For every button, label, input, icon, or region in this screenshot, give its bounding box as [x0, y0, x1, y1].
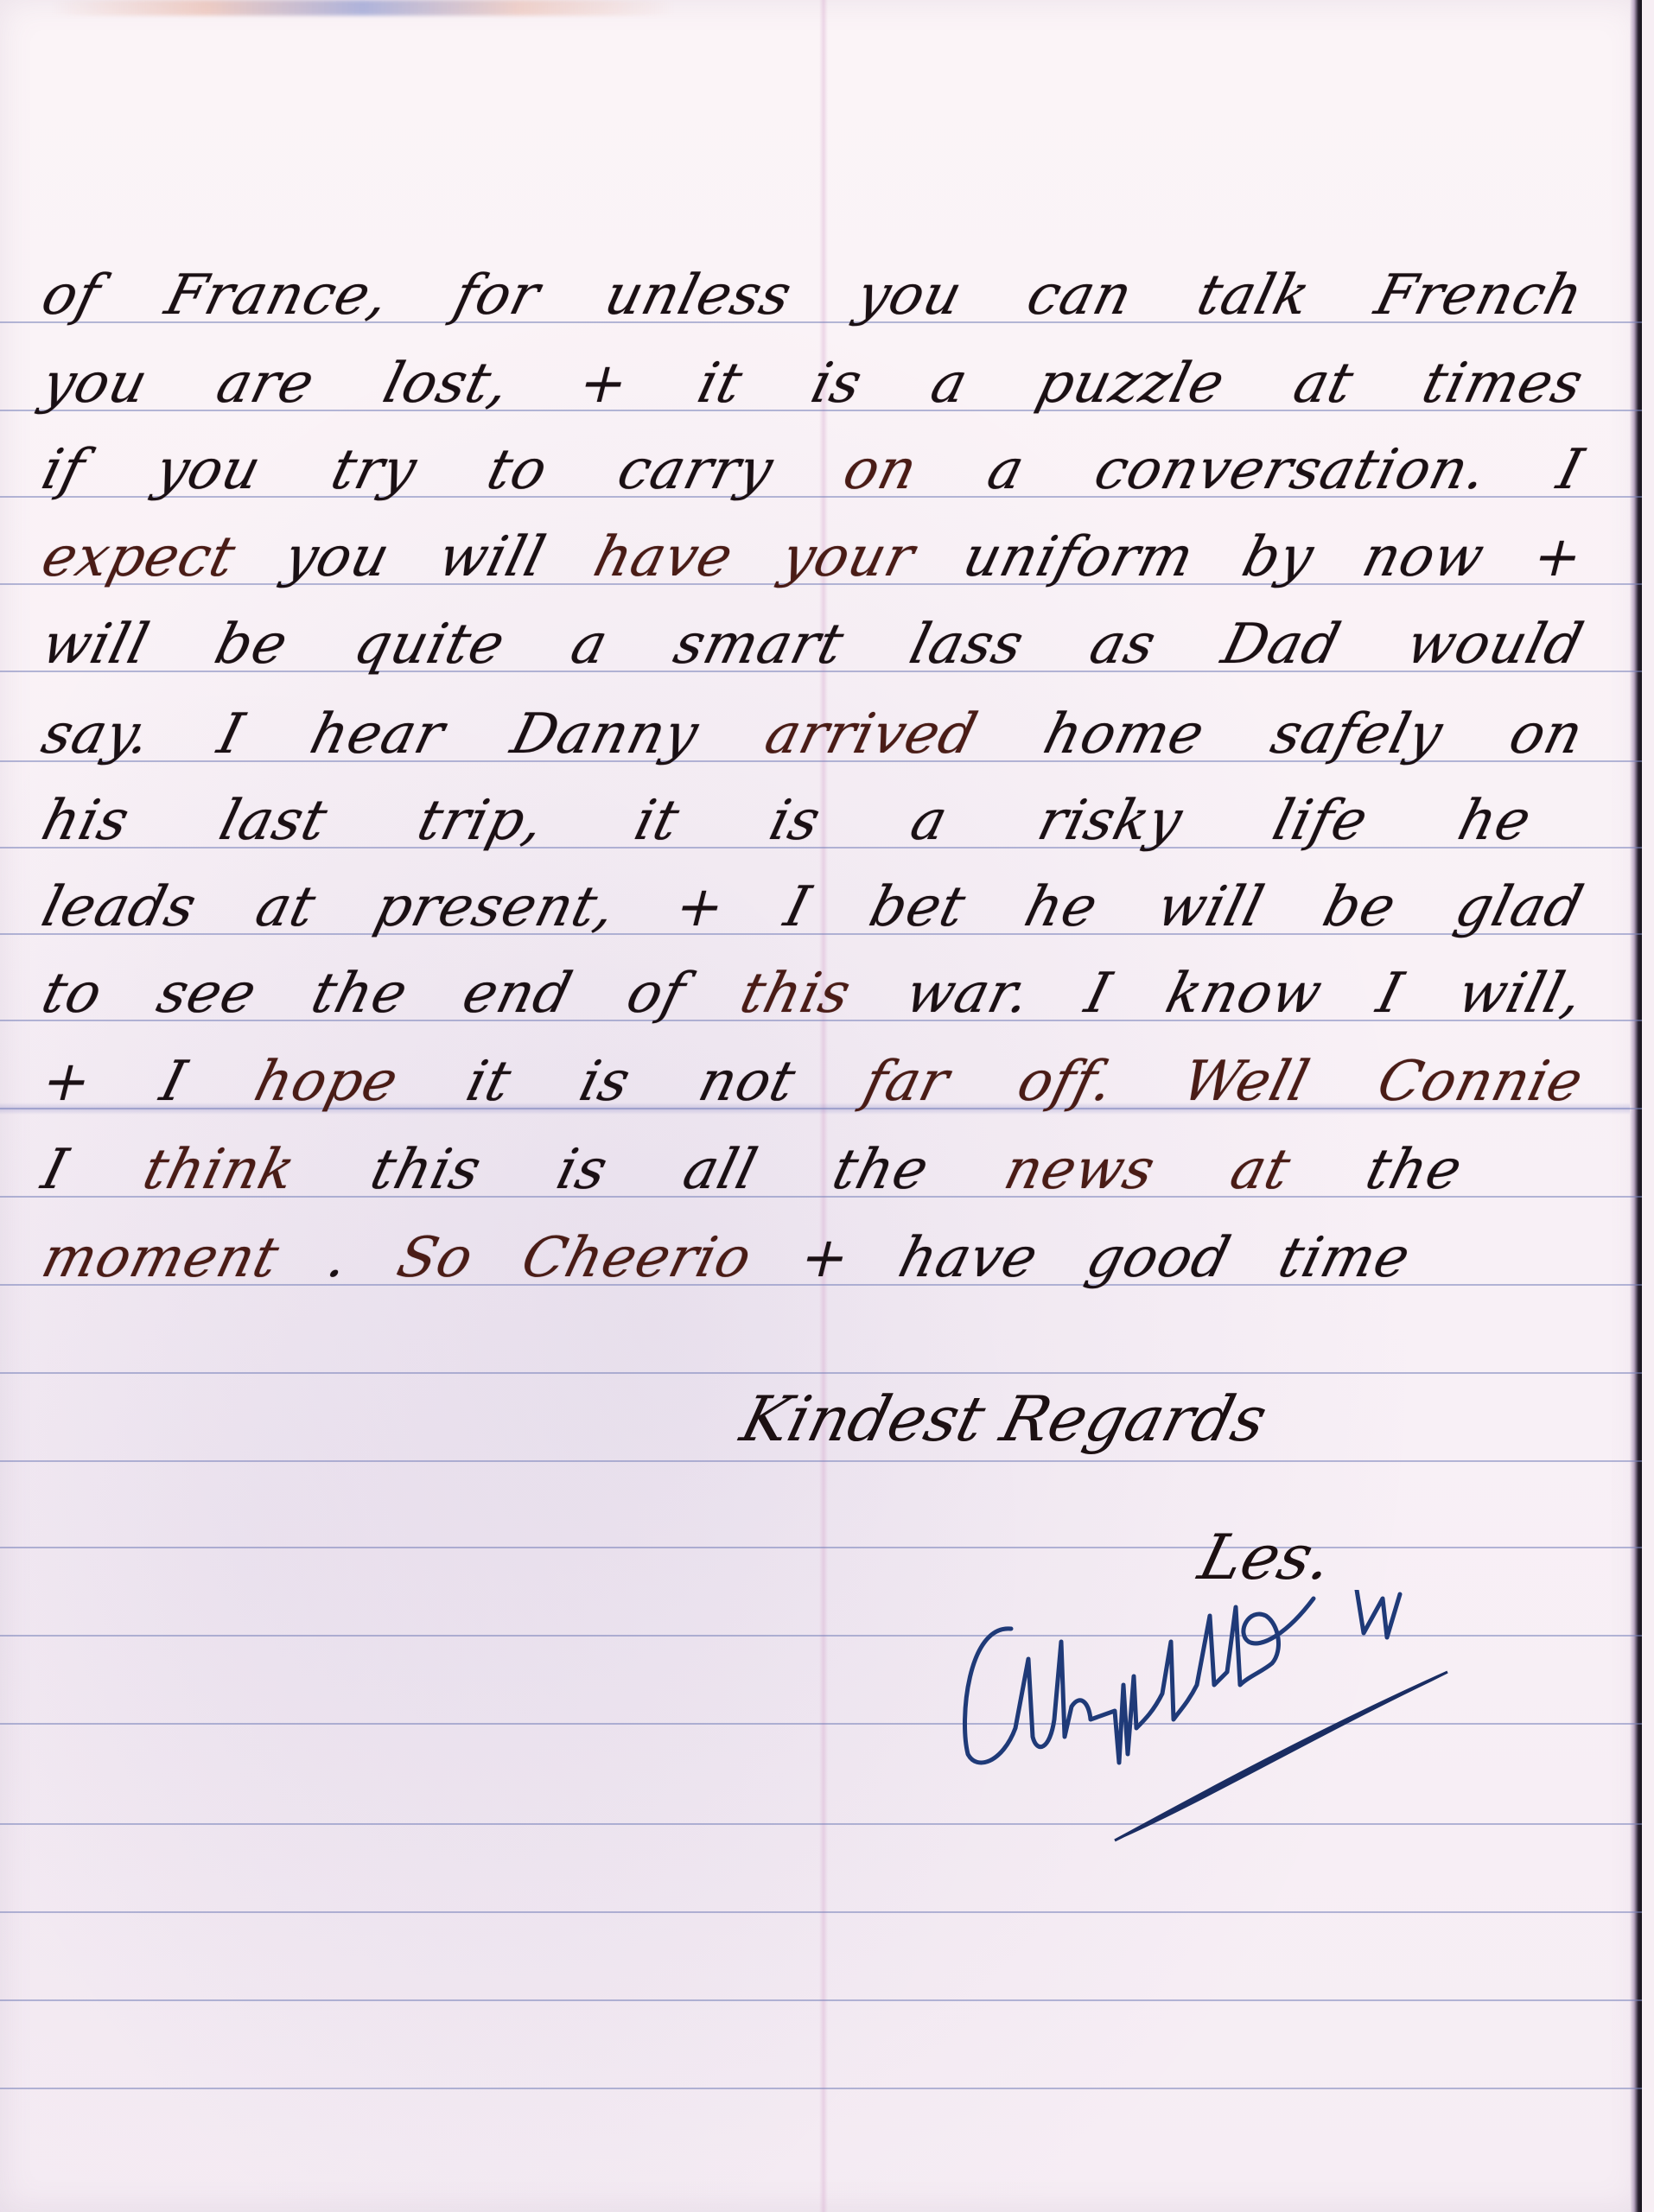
- word: trip,: [412, 793, 550, 849]
- word: it: [692, 356, 747, 411]
- word: to: [37, 966, 108, 1021]
- word: end: [457, 966, 577, 1021]
- word: news: [999, 1142, 1161, 1198]
- word: by: [1237, 530, 1320, 585]
- word: talk: [1193, 268, 1316, 323]
- word: puzzle: [1032, 356, 1231, 411]
- word: this: [366, 1142, 487, 1198]
- word: will: [37, 617, 155, 672]
- word: try: [326, 442, 422, 498]
- letter-line-11: I think this is all the news at the: [37, 1111, 1476, 1198]
- word: see: [152, 966, 263, 1021]
- word: .: [322, 1230, 354, 1286]
- word: is: [765, 793, 826, 849]
- word: your: [776, 530, 919, 585]
- word: to: [482, 442, 553, 498]
- word: lost,: [378, 356, 515, 411]
- word: be: [1318, 880, 1402, 935]
- word: on: [838, 442, 923, 498]
- word: you: [37, 356, 154, 411]
- word: if: [37, 442, 91, 498]
- word: have: [894, 1230, 1043, 1286]
- word: lass: [905, 617, 1029, 672]
- word: know: [1161, 966, 1327, 1021]
- word: a: [983, 442, 1030, 498]
- word: moment: [37, 1230, 285, 1286]
- word: I: [156, 1054, 192, 1109]
- word: arrived: [760, 707, 983, 762]
- valediction: Kindest Regards: [735, 1382, 1275, 1455]
- word: can: [1022, 268, 1138, 323]
- word: will: [433, 530, 550, 585]
- word: time: [1274, 1230, 1416, 1286]
- word: risky: [1033, 793, 1188, 849]
- word: carry: [613, 442, 779, 498]
- word: now: [1358, 530, 1490, 585]
- word: French: [1370, 268, 1588, 323]
- word: the: [306, 966, 413, 1021]
- letter-line-5: will be quite a smart lass as Dad would: [37, 586, 1597, 672]
- word: of: [37, 268, 106, 323]
- word: the: [1361, 1142, 1468, 1198]
- letter-line-3: if you try to carry on a conversation. I: [37, 411, 1597, 498]
- letter-line-7: his last trip, it is a risky life he: [37, 762, 1545, 849]
- word: Danny: [506, 707, 704, 762]
- word: would: [1401, 617, 1588, 672]
- word: he: [1020, 880, 1104, 935]
- word: he: [1453, 793, 1536, 849]
- word: Well: [1177, 1054, 1314, 1109]
- word: at: [251, 880, 321, 935]
- letter-body: of France, for unless you can talk Frenc…: [0, 0, 1642, 2212]
- word: are: [212, 356, 321, 411]
- word: you: [150, 442, 267, 498]
- word: this: [735, 966, 856, 1021]
- word: present,: [370, 880, 621, 935]
- letter-line-1: of France, for unless you can talk Frenc…: [37, 237, 1597, 323]
- word: Cheerio: [517, 1230, 757, 1286]
- letter-line-6: say. I hear Danny arrived home safely on: [37, 676, 1597, 762]
- word: say.: [37, 707, 157, 762]
- word: on: [1505, 707, 1589, 762]
- word: glad: [1450, 880, 1589, 935]
- word: I: [1552, 442, 1588, 498]
- word: a: [926, 356, 973, 411]
- word: I: [779, 880, 816, 935]
- word: hear: [305, 707, 450, 762]
- signature-scrawl-icon: [951, 1590, 1469, 1849]
- word: home: [1039, 707, 1210, 762]
- word: France,: [160, 268, 394, 323]
- word: times: [1417, 356, 1589, 411]
- word: is: [551, 1142, 613, 1198]
- word: it: [461, 1054, 517, 1109]
- word: Dad: [1217, 617, 1345, 672]
- word: +: [795, 1230, 856, 1286]
- word: unless: [600, 268, 797, 323]
- word: you: [851, 268, 968, 323]
- word: as: [1085, 617, 1161, 672]
- word: you: [279, 530, 396, 585]
- word: +: [670, 880, 731, 935]
- word: +: [37, 1054, 99, 1109]
- word: expect: [37, 530, 241, 585]
- word: I: [37, 1142, 73, 1198]
- word: is: [575, 1054, 636, 1109]
- word: have: [588, 530, 738, 585]
- word: think: [138, 1142, 301, 1198]
- word: is: [806, 356, 868, 411]
- word: safely: [1266, 707, 1448, 762]
- word: Connie: [1372, 1054, 1588, 1109]
- letter-line-12: moment . So Cheerio + have good time: [37, 1199, 1424, 1286]
- word: bet: [864, 880, 971, 935]
- word: life: [1268, 793, 1373, 849]
- word: a: [566, 617, 614, 672]
- word: conversation.: [1090, 442, 1492, 498]
- word: his: [37, 793, 135, 849]
- word: I: [1080, 966, 1116, 1021]
- word: quite: [349, 617, 511, 672]
- word: for: [449, 268, 546, 323]
- word: all: [678, 1142, 762, 1198]
- word: war.: [900, 966, 1036, 1021]
- word: smart: [669, 617, 849, 672]
- word: good: [1081, 1230, 1236, 1286]
- letter-line-2: you are lost, + it is a puzzle at times: [37, 325, 1597, 411]
- letter-line-8: leads at present, + I bet he will be gla…: [37, 849, 1597, 935]
- word: leads: [37, 880, 202, 935]
- word: uniform: [958, 530, 1199, 585]
- letter-line-10: + I hope it is not far off. Well Connie: [37, 1023, 1597, 1109]
- letter-line-4: expect you will have your uniform by now…: [37, 499, 1597, 585]
- word: be: [210, 617, 294, 672]
- word: not: [694, 1054, 801, 1109]
- word: the: [827, 1142, 934, 1198]
- word: off.: [1013, 1054, 1120, 1109]
- word: at: [1288, 356, 1359, 411]
- word: it: [629, 793, 684, 849]
- word: So: [392, 1230, 479, 1286]
- word: of: [621, 966, 690, 1021]
- signed-name: Les.: [1193, 1521, 1340, 1593]
- word: a: [906, 793, 953, 849]
- word: will: [1152, 880, 1269, 935]
- word: +: [574, 356, 635, 411]
- word: will,: [1453, 966, 1588, 1021]
- word: I: [1372, 966, 1409, 1021]
- word: +: [1528, 530, 1589, 585]
- word: at: [1225, 1142, 1296, 1198]
- word: far: [859, 1054, 955, 1109]
- word: hope: [250, 1054, 404, 1109]
- letter-line-9: to see the end of this war. I know I wil…: [37, 935, 1597, 1021]
- word: I: [213, 707, 249, 762]
- word: last: [214, 793, 333, 849]
